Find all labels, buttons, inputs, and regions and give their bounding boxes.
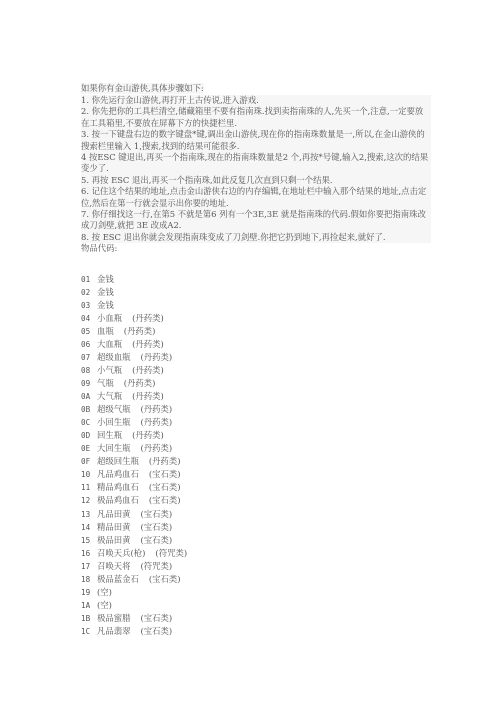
- item-name: 召唤天将: [97, 561, 131, 571]
- item-row: 06大血瓶(丹药类): [81, 338, 431, 351]
- item-code: 14: [81, 522, 97, 534]
- item-code: 0F: [81, 456, 97, 468]
- items-heading: 物品代码:: [81, 243, 431, 254]
- item-name: 血瓶: [97, 326, 114, 336]
- item-row: 17召唤天将(符咒类): [81, 560, 431, 573]
- item-code: 01: [81, 274, 97, 286]
- item-code: 09: [81, 378, 97, 390]
- item-row: 15极品田黄(宝石类): [81, 534, 431, 547]
- item-code: 17: [81, 561, 97, 573]
- item-name: 小血瓶: [97, 313, 122, 323]
- item-code-list: 01金钱02金钱03金钱04小血瓶(丹药类)05血瓶(丹药类)06大血瓶(丹药类…: [81, 273, 431, 638]
- item-code: 08: [81, 365, 97, 377]
- item-row: 19(空): [81, 586, 431, 599]
- item-row: 02金钱: [81, 286, 431, 299]
- item-category: (宝石类): [141, 509, 173, 519]
- item-code: 15: [81, 535, 97, 547]
- item-name: 召唤天兵(枪): [97, 548, 145, 558]
- item-code: 10: [81, 469, 97, 481]
- item-category: (宝石类): [141, 613, 173, 623]
- item-category: (丹药类): [124, 326, 156, 336]
- item-category: (宝石类): [141, 626, 173, 636]
- item-name: (空): [97, 587, 112, 597]
- item-name: 极品鸡血石: [97, 495, 139, 505]
- item-name: 气瓶: [97, 378, 114, 388]
- step-7: 7. 你仔细找这一行,在第5 不就是第6 列有一个3E,3E 就是指南珠的代码.…: [81, 209, 431, 232]
- item-row: 11精品鸡血石(宝石类): [81, 481, 431, 494]
- item-code: 07: [81, 352, 97, 364]
- item-code: 19: [81, 587, 97, 599]
- item-row: 01金钱: [81, 273, 431, 286]
- step-8: 8. 按 ESC 退出你就会发现指南珠变成了刀剑壁.你把它扔到地下,再捡起来,就…: [81, 232, 431, 243]
- item-code: 06: [81, 339, 97, 351]
- item-category: (宝石类): [141, 535, 173, 545]
- item-category: (丹药类): [141, 404, 173, 414]
- step-2: 2. 你先把你的工具栏清空,储藏箱里不要有指南珠.找到卖指南珠的人,先买一个,注…: [81, 106, 431, 129]
- item-code: 0A: [81, 391, 97, 403]
- item-row: 0E大回生瓶(丹药类): [81, 442, 431, 455]
- item-row: 14精品田黄(宝石类): [81, 521, 431, 534]
- item-code: 04: [81, 313, 97, 325]
- item-name: 凡品鸡血石: [97, 469, 139, 479]
- item-code: 11: [81, 482, 97, 494]
- item-code: 03: [81, 300, 97, 312]
- item-name: 超级气瓶: [97, 404, 131, 414]
- item-category: (宝石类): [149, 495, 181, 505]
- item-category: (宝石类): [149, 469, 181, 479]
- item-row: 0C小回生瓶(丹药类): [81, 416, 431, 429]
- step-3: 3. 按一下键盘右边的数字键盘*键,调出金山游侠,现在你的指南珠数量是一,所以,…: [81, 129, 431, 152]
- document-page: 如果你有金山游侠,具体步骤如下: 1. 你先运行金山游侠,再打开上古传说,进入游…: [81, 76, 431, 638]
- item-name: 大回生瓶: [97, 443, 131, 453]
- item-row: 04小血瓶(丹药类): [81, 312, 431, 325]
- item-category: (丹药类): [141, 417, 173, 427]
- item-category: (丹药类): [149, 456, 181, 466]
- item-row: 0D回生瓶(丹药类): [81, 429, 431, 442]
- item-category: (丹药类): [132, 430, 164, 440]
- item-name: 小气瓶: [97, 365, 122, 375]
- step-1: 1. 你先运行金山游侠,再打开上古传说,进入游戏.: [81, 95, 431, 106]
- item-category: (丹药类): [141, 352, 173, 362]
- item-row: 07超级血瓶(丹药类): [81, 351, 431, 364]
- item-row: 16召唤天兵(枪)(符咒类): [81, 547, 431, 560]
- item-row: 12极品鸡血石(宝石类): [81, 494, 431, 507]
- item-category: (丹药类): [132, 313, 164, 323]
- item-code: 1B: [81, 613, 97, 625]
- item-category: (丹药类): [124, 378, 156, 388]
- step-6: 6. 记住这个结果的地址,点击金山游侠右边的内存编辑,在地址栏中输入那个结果的地…: [81, 186, 431, 209]
- item-category: (丹药类): [132, 339, 164, 349]
- item-name: 超级回生瓶: [97, 456, 139, 466]
- item-row: 13凡品田黄(宝石类): [81, 508, 431, 521]
- step-4: 4 按ESC 键退出,再买一个指南珠,现在的指南珠数量是2 个,再按*号键,输入…: [81, 152, 431, 175]
- item-name: 极品蓝金石: [97, 574, 139, 584]
- item-name: (空): [97, 600, 112, 610]
- item-row: 1C凡品翡翠(宝石类): [81, 625, 431, 638]
- item-row: 1A(空): [81, 599, 431, 612]
- item-code: 05: [81, 326, 97, 338]
- item-category: (宝石类): [149, 482, 181, 492]
- item-row: 05血瓶(丹药类): [81, 325, 431, 338]
- item-code: 18: [81, 574, 97, 586]
- item-category: (宝石类): [149, 574, 181, 584]
- item-row: 0F超级回生瓶(丹药类): [81, 455, 431, 468]
- item-code: 12: [81, 495, 97, 507]
- item-category: (丹药类): [141, 443, 173, 453]
- item-code: 0E: [81, 443, 97, 455]
- item-name: 凡品田黄: [97, 509, 131, 519]
- item-row: 09气瓶(丹药类): [81, 377, 431, 390]
- item-code: 02: [81, 287, 97, 299]
- item-code: 0D: [81, 430, 97, 442]
- item-row: 08小气瓶(丹药类): [81, 364, 431, 377]
- step-5: 5. 再按 ESC 退出,再买一个指南珠,如此反复几次直到只剩一个结果.: [81, 175, 431, 186]
- item-name: 极品蜜腊: [97, 613, 131, 623]
- item-name: 大血瓶: [97, 339, 122, 349]
- item-name: 金钱: [97, 300, 114, 310]
- item-name: 精品鸡血石: [97, 482, 139, 492]
- item-name: 小回生瓶: [97, 417, 131, 427]
- item-code: 1A: [81, 600, 97, 612]
- item-name: 金钱: [97, 287, 114, 297]
- item-row: 0A大气瓶(丹药类): [81, 390, 431, 403]
- item-name: 金钱: [97, 274, 114, 284]
- item-category: (丹药类): [132, 391, 164, 401]
- item-name: 回生瓶: [97, 430, 122, 440]
- item-row: 1B极品蜜腊(宝石类): [81, 612, 431, 625]
- item-category: (符咒类): [141, 561, 173, 571]
- item-category: (符咒类): [155, 548, 187, 558]
- item-row: 0B超级气瓶(丹药类): [81, 403, 431, 416]
- item-code: 0C: [81, 417, 97, 429]
- item-name: 大气瓶: [97, 391, 122, 401]
- item-name: 精品田黄: [97, 522, 131, 532]
- item-row: 18极品蓝金石(宝石类): [81, 573, 431, 586]
- item-category: (丹药类): [132, 365, 164, 375]
- intro-text: 如果你有金山游侠,具体步骤如下:: [81, 83, 204, 94]
- item-name: 极品田黄: [97, 535, 131, 545]
- spacer: [81, 255, 431, 273]
- item-code: 13: [81, 509, 97, 521]
- item-code: 16: [81, 548, 97, 560]
- item-code: 0B: [81, 404, 97, 416]
- item-name: 超级血瓶: [97, 352, 131, 362]
- item-code: 1C: [81, 626, 97, 638]
- item-category: (宝石类): [141, 522, 173, 532]
- item-row: 10凡品鸡血石(宝石类): [81, 468, 431, 481]
- item-name: 凡品翡翠: [97, 626, 131, 636]
- item-row: 03金钱: [81, 299, 431, 312]
